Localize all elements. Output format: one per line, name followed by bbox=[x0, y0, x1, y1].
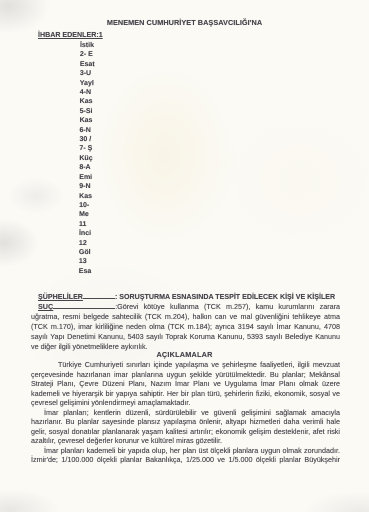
complainant-line: Esa bbox=[79, 267, 94, 276]
complainants-label-text: İHBAR EDENLER:1 bbox=[38, 31, 103, 39]
complainant-line: 30 / bbox=[79, 135, 94, 144]
complainant-line: 3-U bbox=[80, 69, 95, 78]
complainant-line: 2- E bbox=[80, 50, 95, 59]
suspects-value: : SORUŞTURMA ESNASINDA TESPİT EDİLECEK K… bbox=[115, 293, 335, 301]
complainant-line: Yayl bbox=[80, 79, 95, 88]
crime-paragraph: SUÇ:Görevi kötüye kullanma (TCK m.257), … bbox=[31, 301, 340, 352]
underline-filler bbox=[83, 291, 115, 299]
paragraph: Türkiye Cumhuriyeti sınırları içinde yap… bbox=[31, 360, 340, 408]
paragraph: İmar planları; kentlerin düzenli, sürdür… bbox=[31, 408, 340, 446]
complainant-line: Emi bbox=[79, 173, 94, 182]
scanned-document-page: MENEMEN CUMHURİYET BAŞSAVCILIĞI'NA · ·· … bbox=[0, 0, 369, 512]
complainants-list: İstik 2- E Esat 3-U Yayl 4-N Kas 5-Si Ka… bbox=[79, 41, 95, 276]
complainant-line: 9-N bbox=[79, 182, 94, 191]
complainant-line: Kas bbox=[79, 191, 94, 200]
suspects-label: ŞÜPHELİLER bbox=[38, 293, 83, 301]
crime-label: SUÇ bbox=[38, 302, 53, 311]
complainant-line: Küç bbox=[79, 154, 94, 163]
complainant-line: 10- bbox=[79, 201, 94, 210]
complainant-line: Kas bbox=[80, 97, 95, 106]
complainant-line: 12 bbox=[79, 239, 94, 248]
underline-filler bbox=[53, 301, 115, 309]
complainant-line: 5-Si bbox=[80, 107, 95, 116]
crime-value: :Görevi kötüye kullanma (TCK m.257), kam… bbox=[31, 302, 340, 351]
complainants-label: İHBAR EDENLER:1 bbox=[38, 31, 103, 39]
complainant-line: 6-N bbox=[80, 126, 95, 135]
complainant-line: 4-N bbox=[80, 88, 95, 97]
complainant-line: Me bbox=[79, 210, 94, 219]
complainant-line: 13 bbox=[79, 257, 94, 266]
complainant-line: Göl bbox=[79, 248, 94, 257]
complainant-line: 11 bbox=[79, 220, 94, 229]
complainant-line: Esat bbox=[80, 60, 95, 69]
complainant-line: İnci bbox=[79, 229, 94, 238]
complainant-line: 7- Ş bbox=[79, 144, 94, 153]
complainant-line: İstik bbox=[80, 41, 95, 50]
complainant-line: 8-A bbox=[79, 163, 94, 172]
explanations-body: Türkiye Cumhuriyeti sınırları içinde yap… bbox=[31, 360, 340, 465]
explanations-heading: AÇIKLAMALAR bbox=[0, 350, 369, 359]
illegible-faded-text: · ·· · · · ·· · bbox=[120, 26, 220, 32]
paragraph: İmar planları kademeli bir yapıda olup, … bbox=[31, 446, 340, 465]
suspects-row: ŞÜPHELİLER: SORUŞTURMA ESNASINDA TESPİT … bbox=[38, 291, 357, 301]
complainant-line: Kas bbox=[80, 116, 95, 125]
